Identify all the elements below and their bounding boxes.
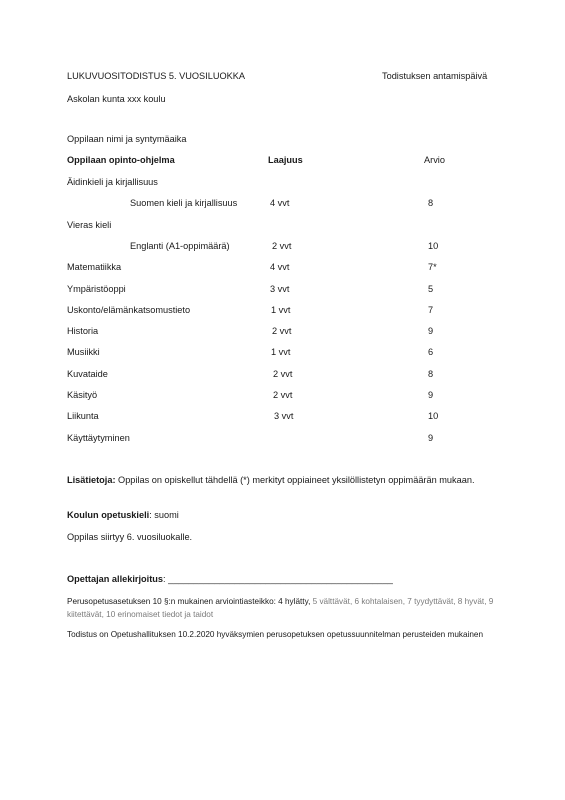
subject-scope: 1 vvt <box>271 305 290 315</box>
subject-name: Äidinkieli ja kirjallisuus <box>67 177 158 187</box>
subject-name: Uskonto/elämänkatsomustieto <box>67 305 190 315</box>
additional-info-text: Oppilas on opiskellut tähdellä (*) merki… <box>116 475 475 485</box>
subject-name: Käsityö <box>67 390 97 400</box>
subject-name: Musiikki <box>67 347 100 357</box>
subject-grade: 9 <box>428 326 433 336</box>
table-row: Suomen kieli ja kirjallisuus4 vvt8 <box>0 198 565 212</box>
teacher-signature: Opettajan allekirjoitus: _______________… <box>67 574 393 584</box>
subject-grade: 8 <box>428 369 433 379</box>
subject-name: Ympäristöoppi <box>67 284 126 294</box>
table-row: Kuvataide2 vvt8 <box>0 369 565 383</box>
column-header-scope: Laajuus <box>268 155 303 165</box>
additional-info-label: Lisätietoja: <box>67 475 116 485</box>
subject-grade: 7* <box>428 262 437 272</box>
teaching-language-value: : suomi <box>149 510 179 520</box>
subject-name: Liikunta <box>67 411 99 421</box>
subject-name: Englanti (A1-oppimäärä) <box>130 241 230 251</box>
table-row: Käsityö2 vvt9 <box>0 390 565 404</box>
grade-transfer-note: Oppilas siirtyy 6. vuosiluokalle. <box>67 532 192 542</box>
table-row: Musiikki1 vvt6 <box>0 347 565 361</box>
table-row: Historia2 vvt9 <box>0 326 565 340</box>
table-row: Ympäristöoppi3 vvt5 <box>0 284 565 298</box>
subject-scope: 2 vvt <box>273 369 292 379</box>
grading-scale-dark: Perusopetusasetuksen 10 §:n mukainen arv… <box>67 597 310 606</box>
subject-scope: 1 vvt <box>271 347 290 357</box>
signature-line: : ______________________________________… <box>163 574 393 584</box>
table-row: Käyttäytyminen9 <box>0 433 565 447</box>
subject-name: Suomen kieli ja kirjallisuus <box>130 198 237 208</box>
subject-grade: 7 <box>428 305 433 315</box>
subject-grade: 9 <box>428 433 433 443</box>
subject-grade: 10 <box>428 241 438 251</box>
teaching-language: Koulun opetuskieli: suomi <box>67 510 179 520</box>
subject-scope: 4 vvt <box>270 198 289 208</box>
column-header-program: Oppilaan opinto-ohjelma <box>67 155 175 165</box>
subject-grade: 10 <box>428 411 438 421</box>
subject-name: Matematiikka <box>67 262 121 272</box>
grading-scale: Perusopetusasetuksen 10 §:n mukainen arv… <box>67 595 507 621</box>
issue-date-label: Todistuksen antamispäivä <box>382 71 487 81</box>
additional-info: Lisätietoja: Oppilas on opiskellut tähde… <box>67 474 507 487</box>
student-name-label: Oppilaan nimi ja syntymäaika <box>67 134 187 144</box>
subject-name: Kuvataide <box>67 369 108 379</box>
subject-scope: 2 vvt <box>273 390 292 400</box>
certificate-page: LUKUVUOSITODISTUS 5. VUOSILUOKKA Todistu… <box>0 0 565 800</box>
column-header-grade: Arvio <box>424 155 445 165</box>
subject-scope: 3 vvt <box>274 411 293 421</box>
document-title: LUKUVUOSITODISTUS 5. VUOSILUOKKA <box>67 71 245 81</box>
table-row: Englanti (A1-oppimäärä)2 vvt10 <box>0 241 565 255</box>
table-row: Uskonto/elämänkatsomustieto1 vvt7 <box>0 305 565 319</box>
table-header: Oppilaan opinto-ohjelma Laajuus Arvio <box>0 155 565 169</box>
subject-scope: 4 vvt <box>270 262 289 272</box>
subject-name: Vieras kieli <box>67 220 111 230</box>
table-row: Liikunta3 vvt10 <box>0 411 565 425</box>
subject-grade: 6 <box>428 347 433 357</box>
table-row: Vieras kieli <box>0 220 565 234</box>
signature-label: Opettajan allekirjoitus <box>67 574 163 584</box>
subject-scope: 2 vvt <box>272 241 291 251</box>
school-name: Askolan kunta xxx koulu <box>67 94 166 104</box>
table-row: Äidinkieli ja kirjallisuus <box>0 177 565 191</box>
subject-scope: 2 vvt <box>272 326 291 336</box>
subject-grade: 5 <box>428 284 433 294</box>
subject-name: Historia <box>67 326 98 336</box>
subject-scope: 3 vvt <box>270 284 289 294</box>
subject-grade: 9 <box>428 390 433 400</box>
curriculum-basis: Todistus on Opetushallituksen 10.2.2020 … <box>67 628 507 641</box>
subject-grade: 8 <box>428 198 433 208</box>
teaching-language-label: Koulun opetuskieli <box>67 510 149 520</box>
table-row: Matematiikka4 vvt7* <box>0 262 565 276</box>
subject-name: Käyttäytyminen <box>67 433 130 443</box>
